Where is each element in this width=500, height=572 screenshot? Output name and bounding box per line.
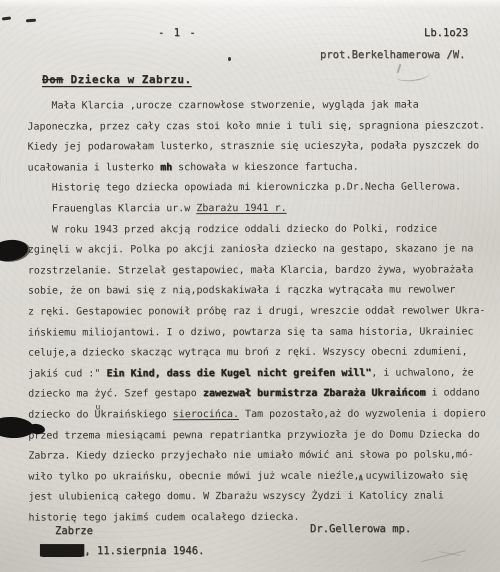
text-segment: Dziecka w Zabrzu. — [63, 73, 191, 86]
text-segment: mh — [160, 162, 172, 173]
pencil-squiggle — [395, 67, 430, 83]
document-line: Japoneczka, przez cały czas stoi koło mn… — [27, 116, 493, 138]
text-segment: zawezwał burmistrza Zbaraża Ukraińcom — [203, 388, 426, 400]
document-line: Frauenglas Klarcia ur.w Zbarażu 1941 r. — [28, 198, 494, 220]
document-body: Mała Klarcia ,urocze czarnowłose stworze… — [27, 95, 494, 529]
pencil-squiggle — [416, 531, 466, 563]
document-line: W roku 1943 przed akcją rodzice oddali d… — [28, 219, 494, 241]
text-segment: z ręki. Gestapowiec ponowił próbę raz i … — [28, 305, 486, 317]
document-line: jest ulubienicą całego domu. W Zbarażu w… — [28, 487, 494, 509]
footer-place: Zabrze — [55, 525, 93, 537]
text-segment: wiło tylko po ukraińsku, obecnie mówi ju… — [28, 470, 468, 482]
document-line: sobie, że on bawi się z nią,podskakiwała… — [28, 281, 494, 303]
text-segment: jest ulubienicą całego domu. W Zbarażu w… — [28, 491, 443, 503]
scan-edge-highlight — [0, 0, 500, 8]
text-segment: zginęli w akcji. Polka po akcji zaniosła… — [28, 244, 474, 256]
protocol-author-line: prot.Berkelhamerowa /W. — [320, 49, 465, 61]
stray-ink-dot — [228, 57, 231, 61]
text-segment: ińskiemu miliojantowi. I o dziwo, powtar… — [28, 326, 474, 338]
text-segment: , 11.sierpnia 1946. — [84, 545, 204, 557]
footer-date-line: ███████, 11.sierpnia 1946. — [40, 545, 204, 557]
pencil-squiggle — [397, 64, 402, 73]
text-segment: Ukraińskiego — [94, 409, 172, 420]
text-segment: i oddano — [426, 388, 480, 399]
document-line: ińskiemu miliojantowi. I o dziwo, powtar… — [28, 322, 494, 344]
text-segment: Historię tego dziecka opowiada mi kierow… — [28, 182, 462, 194]
document-line: rozstrzelanie. Strzelał gestapowiec, mał… — [28, 260, 494, 282]
text-segment: sobie, że on bawi się z nią,podskakiwała… — [28, 285, 455, 297]
document-line: ucałowania i lusterko mh schowała w kies… — [28, 157, 494, 179]
document-line: historię tego jakimś cudem ocalałego dzi… — [29, 507, 495, 529]
document-line: Zabrza. Kiedy dziecko przyjechało nie um… — [28, 445, 494, 467]
text-segment: , i uchwalono, że — [371, 367, 473, 378]
text-segment: Tam pozostało,aż do wyzwolenia i dopiero — [239, 408, 486, 420]
reference-number: Lb.1o23 — [424, 27, 468, 39]
footer-signature: Dr.Gellerowa mp. — [310, 523, 411, 535]
document-heading: Dom Dziecka w Zabrzu. — [42, 73, 192, 86]
ink-blot — [0, 238, 29, 263]
text-segment: celuje,a dziecko skacząc wytrąca mu broń… — [28, 347, 468, 359]
stray-ink-dash — [26, 19, 36, 23]
text-segment: dziecko ma żyć. Szef gestapo — [28, 388, 203, 399]
document-line: zginęli w akcji. Polka po akcji zaniosła… — [28, 240, 494, 262]
text-segment: jakiś cud :" — [28, 368, 100, 379]
text-segment: historię tego jakimś cudem ocalałego dzi… — [29, 512, 300, 524]
document-line: Historię tego dziecka opowiada mi kierow… — [28, 178, 494, 200]
text-segment: dziecko do — [28, 409, 94, 420]
text-segment: schowała w kieszonce fartucha. — [172, 162, 359, 173]
document-line: wiło tylko po ukraińsku, obecnie mówi ju… — [28, 466, 494, 488]
text-segment: Japoneczka, przez cały czas stoi koło mn… — [27, 120, 485, 132]
pencil-squiggle — [437, 551, 460, 565]
text-segment: sierocińca. — [173, 409, 239, 420]
text-segment: Dom — [42, 73, 63, 86]
document-line: z ręki. Gestapowiec ponowił próbę raz i … — [28, 301, 494, 323]
text-segment: Mała Klarcia ,urocze czarnowłose stworze… — [27, 100, 418, 112]
document-line: dziecko do uUkraińskiego sierocińca. Tam… — [28, 404, 494, 426]
text-segment: rozstrzelanie. Strzelał gestapowiec, mał… — [28, 264, 474, 276]
document-line: Mała Klarcia ,urocze czarnowłose stworze… — [27, 95, 493, 117]
text-segment: ███████ — [40, 545, 84, 557]
text-segment: Zabrza. Kiedy dziecko przyjechało nie um… — [28, 450, 474, 462]
text-segment: ucałowania i lusterko — [28, 162, 160, 173]
text-segment: Kiedy jej podarowałam lusterko, straszni… — [28, 141, 480, 153]
stray-ink-dash — [2, 16, 11, 20]
scanned-document-page: - 1 - Lb.1o23 prot.Berkelhamerowa /W. Do… — [0, 0, 500, 572]
document-line: celuje,a dziecko skacząc wytrąca mu broń… — [28, 343, 494, 365]
text-segment: przed trzema miesiącami pewna repatriant… — [28, 429, 480, 441]
document-line: jakiś cud :" Ein Kind, dass die Kugel ni… — [28, 363, 494, 385]
page-number: - 1 - — [158, 27, 197, 39]
document-line: przed trzema miesiącami pewna repatriant… — [28, 425, 494, 447]
text-segment: Zbarażu 1941 r. — [196, 203, 286, 214]
text-segment: W roku 1943 przed akcją rodzice oddali d… — [28, 223, 437, 235]
text-segment: Ein Kind, dass die Kugel nicht greifen w… — [100, 367, 371, 379]
text-segment: Frauenglas Klarcia ur.w — [28, 203, 197, 214]
document-line: Kiedy jej podarowałam lusterko, straszni… — [28, 137, 494, 159]
